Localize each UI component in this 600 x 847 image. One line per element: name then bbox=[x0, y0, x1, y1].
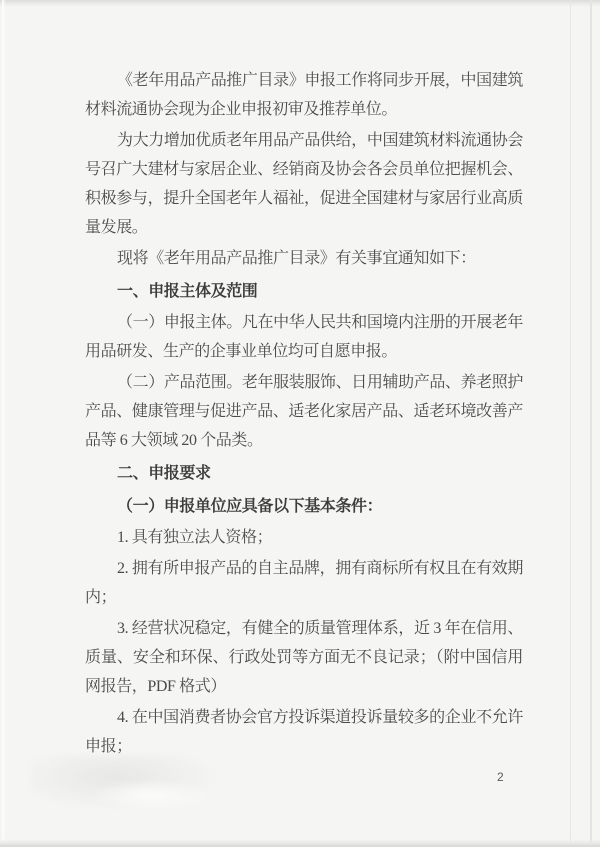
section-heading: （一）申报单位应具备以下基本条件： bbox=[85, 492, 523, 521]
paragraph: 3. 经营状况稳定，有健全的质量管理体系，近 3 年在信用、质量、安全和环保、行… bbox=[85, 614, 523, 701]
paragraph: 4. 在中国消费者协会官方投诉渠道投诉量较多的企业不允许申报； bbox=[85, 703, 523, 761]
scan-edge-bottom bbox=[0, 839, 600, 847]
scan-line-artifact bbox=[570, 0, 571, 847]
paragraph: （二）产品范围。老年服装服饰、日用辅助产品、养老照护产品、健康管理与促进产品、适… bbox=[85, 368, 523, 455]
paragraph: 2. 拥有所申报产品的自主品牌，拥有商标所有权且在有效期内； bbox=[85, 554, 523, 612]
scan-edge-left bbox=[2, 0, 6, 847]
paragraph: 现将《老年用品产品推广目录》有关事宜通知如下： bbox=[85, 244, 523, 273]
paragraph: 1. 具有独立法人资格； bbox=[85, 523, 523, 552]
paragraph: 为大力增加优质老年用品产品供给，中国建筑材料流通协会号召广大建材与家居企业、经销… bbox=[85, 126, 523, 242]
paragraph: （一）申报主体。凡在中华人民共和国境内注册的开展老年用品研发、生产的企事业单位均… bbox=[85, 308, 523, 366]
section-heading: 二、申报要求 bbox=[85, 459, 523, 488]
document-body: 《老年用品产品推广目录》申报工作将同步开展，中国建筑材料流通协会现为企业申报初审… bbox=[85, 66, 523, 763]
page-number: 2 bbox=[497, 770, 504, 784]
section-heading: 一、申报主体及范围 bbox=[85, 277, 523, 306]
scanned-document-page: 《老年用品产品推广目录》申报工作将同步开展，中国建筑材料流通协会现为企业申报初审… bbox=[0, 0, 600, 847]
scan-line-artifact bbox=[590, 0, 592, 847]
scan-edge-top bbox=[0, 0, 600, 7]
paragraph: 《老年用品产品推广目录》申报工作将同步开展，中国建筑材料流通协会现为企业申报初审… bbox=[85, 66, 523, 124]
scan-smudge bbox=[90, 780, 210, 810]
